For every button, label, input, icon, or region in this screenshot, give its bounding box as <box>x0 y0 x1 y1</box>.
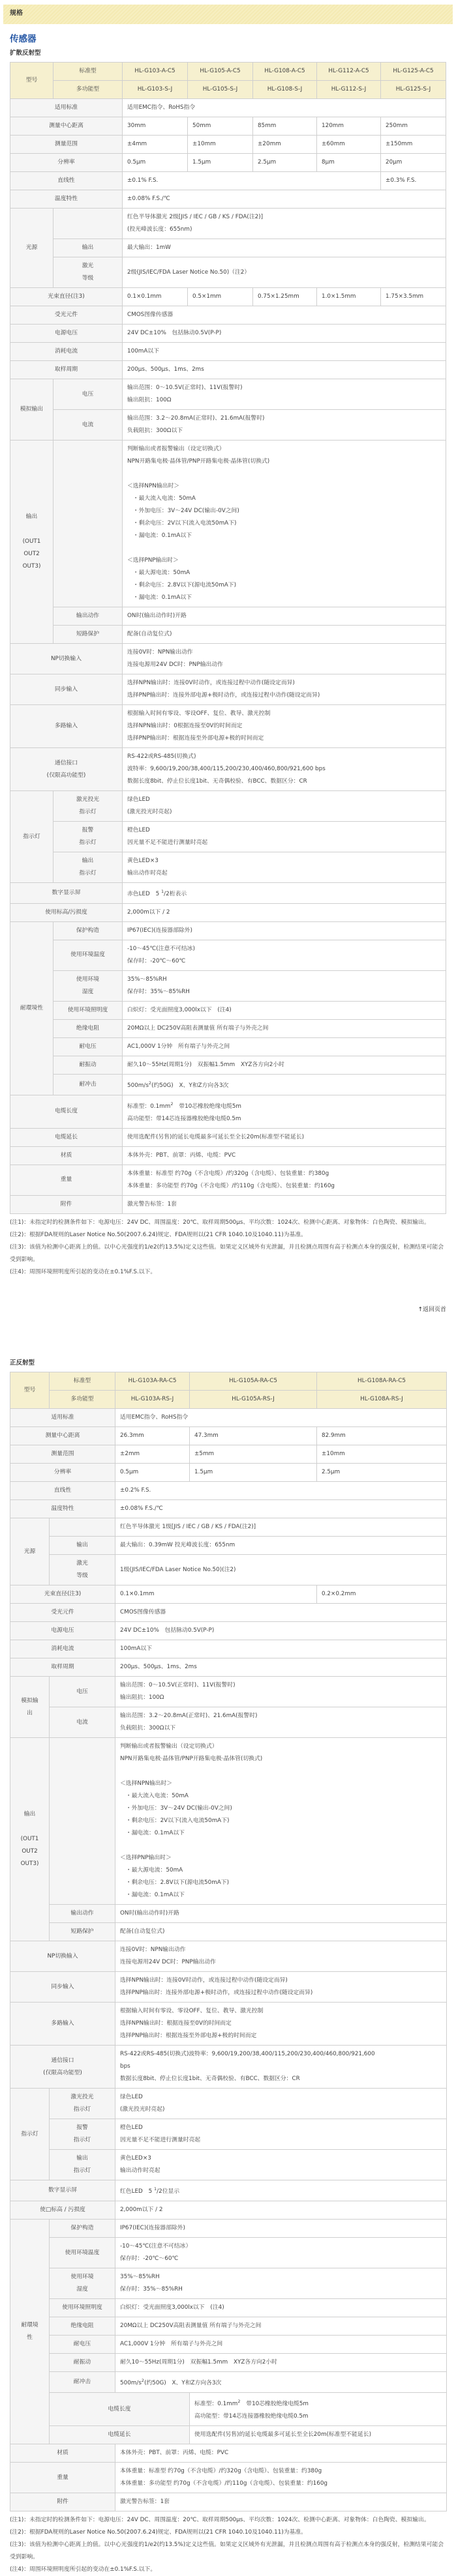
row-label: 通信接口 (仅限高功能型) <box>10 2046 115 2089</box>
row-value: 最大输出：0.39mW 投光峰波长度：655nm <box>115 1537 447 1555</box>
row-value: 赤色LED 5 1/2桁表示 <box>123 883 446 904</box>
model-cell: HL-G103-S-J <box>123 81 188 99</box>
row-label: 适用标准 <box>10 99 123 117</box>
row-value: 1.5μm <box>190 1464 317 1482</box>
row-sublabel: 短路保护 <box>50 1923 115 1941</box>
row-value: ON时(输出动作时)开路 <box>123 607 446 626</box>
table-row: 直线性 ±0.2% F.S. <box>10 1482 447 1500</box>
model-cell: HL-G125-A-C5 <box>381 63 446 81</box>
row-value: 绿色LED (激光投光时亮起) <box>115 2089 447 2119</box>
table-row: 耐冲击 500m/s2(约50G) X、Y和Z方向各3次 <box>10 1074 446 1095</box>
row-label: 光束直径(注3) <box>10 1585 115 1604</box>
row-value: 红色半导体激光 2级[JIS / IEC / GB / KS / FDA(注2)… <box>123 209 446 239</box>
row-value: 配备(自动复位式) <box>123 626 446 644</box>
table-row: 材质 本体外壳：PBT、前罩：丙烯、电缆：PVC <box>10 1146 446 1165</box>
row-value: ±0.1% F.S. <box>123 172 381 190</box>
row-label: 取样周期 <box>10 1658 115 1677</box>
row-value: 红色半导体激光 1级[JIS / IEC / GB / KS / FDA(注2)… <box>115 1518 447 1537</box>
row-sublabel: 输出 <box>53 239 123 257</box>
table-row: NP切换输入 连接0V时：NPN输出动作 连接电源用24V DC时：PNP输出动… <box>10 644 446 674</box>
row-sublabel: 电压 <box>50 1677 115 1707</box>
table-row: 报警 指示灯 橙色LED 因光量不足不能进行测量时亮起 <box>10 822 446 852</box>
model-cell: HL-G105-A-C5 <box>188 63 253 81</box>
row-value: 100mA以下 <box>123 343 446 361</box>
row-label: 附件 <box>10 2493 115 2511</box>
table-row: 材质 本体外壳：PBT、前罩：丙烯、电缆：PVC <box>10 2444 447 2463</box>
row-label: 直线性 <box>10 1482 115 1500</box>
table-row: 多功能型 HL-G103A-RS-J HL-G105A-RS-J HL-G108… <box>10 1391 447 1409</box>
table-row: 通信接口 (仅限高功能型) RS-422或RS-485(切换式) 波特率：9,6… <box>10 748 446 791</box>
row-sublabel: 短路保护 <box>53 626 123 644</box>
table-row: 电源电压 24V DC±10% 包括脉动0.5V(P-P) <box>10 1622 447 1640</box>
table-row: 电流 输出范围：3.2～20.8mA(正常时)、21.6mA(报警时) 负载阻抗… <box>10 410 446 441</box>
row-sublabel: 耐电压 <box>53 1037 123 1056</box>
row-label: 通信接口 (仅限高功能型) <box>10 748 123 791</box>
table-row: 取样周期 200μs、500μs、1ms、2ms <box>10 1658 447 1677</box>
model-cell: HL-G108-S-J <box>253 81 317 99</box>
row-label: 温度特性 <box>10 1500 115 1518</box>
row-value: 输出范围：3.2～20.8mA(正常时)、21.6mA(报警时) 负载阻抗：30… <box>115 1707 447 1738</box>
model-cell: HL-G105A-RS-J <box>190 1391 317 1409</box>
row-value: 20μm <box>381 154 446 172</box>
multi-type-label: 多功能型 <box>53 81 123 99</box>
row-label: 模拟输 出 <box>10 1677 50 1738</box>
notes-diffuse: (注1)：未指定时的检测条件如下：电源电压：24V DC、周围温度：20℃、取样… <box>10 1217 446 1279</box>
row-value: 连接0V时：NPN输出动作 连接电源用24V DC时：PNP输出动作 <box>123 644 446 674</box>
table-row: 指示灯 激光投光 指示灯 绿色LED (激光投光时亮起) <box>10 791 446 822</box>
row-label: 材质 <box>10 1146 123 1165</box>
row-value: 0.1×0.1mm <box>115 1585 317 1604</box>
row-label: 模拟输出 <box>10 379 53 441</box>
page: 规格 传感器 扩散反射型 型号 标准型 HL-G103-A-C5 HL-G105… <box>0 5 456 2576</box>
row-value: 本体外壳：PBT、前罩：丙烯、电缆：PVC <box>123 1146 446 1165</box>
table-row: 输出 最大输出：0.39mW 投光峰波长度：655nm <box>10 1537 447 1555</box>
row-sublabel: 输出 <box>50 1537 115 1555</box>
row-value: 白炽灯：受光面照度3,000lx以下 (注4) <box>123 1001 446 1019</box>
table-row: 测量中心距离 26.3mm 47.3mm 82.9mm <box>10 1427 447 1445</box>
row-sublabel <box>50 1518 115 1537</box>
row-value: 绿色LED (激光投光时亮起) <box>123 791 446 822</box>
model-cell: HL-G108-A-C5 <box>253 63 317 81</box>
row-value: 适用EMC指令、RoHS指令 <box>115 1409 447 1427</box>
table-row: 使用环境 湿度 35%～85%RH 保存时：35%～85%RH <box>10 970 446 1001</box>
notes-specular: (注1)：未指定时的检测条件如下：电源电压：24V DC、周围温度：20℃、取样… <box>10 2514 446 2576</box>
row-label: 温度特性 <box>10 190 123 209</box>
row-sublabel: 使用环境 湿度 <box>50 2268 115 2299</box>
row-value: ±20mm <box>253 136 317 154</box>
model-cell: HL-G125-S-J <box>381 81 446 99</box>
table-row: 光束直径(注3) 0.1×0.1mm 0.2×0.2mm <box>10 1585 447 1604</box>
table-row: 耐振动 耐久10～55Hz(周期1分) 双振幅1.5mm XYZ各方向2小时 <box>10 2354 447 2372</box>
table-row: 模拟输出 电压 输出范围：0～10.5V(正常时)、11V(报警时) 输出阻抗：… <box>10 379 446 410</box>
row-value: -10～45℃(注意不可结冰） 保存时：-20℃～60℃ <box>115 2238 447 2268</box>
table-row: 光束直径(注3) 0.1×0.1mm 0.5×1mm 0.75×1.25mm 1… <box>10 288 446 306</box>
row-sublabel: 使用环境温度 <box>50 2238 115 2268</box>
row-sublabel: 电流 <box>53 410 123 441</box>
row-value: 1.0×1.5mm <box>317 288 381 306</box>
row-label: 电缆长度 <box>10 1095 123 1128</box>
row-sublabel: 电流 <box>50 1707 115 1738</box>
row-value: 120mm <box>317 117 381 136</box>
row-value: 47.3mm <box>190 1427 317 1445</box>
row-value: ±10mm <box>317 1445 447 1464</box>
row-value: 选择NPN输出时：连接0V时动作，或连接过程中动作(随设定而异) 选择PNP输出… <box>123 674 446 705</box>
row-value: 使用选配件(另售)的延长电缆最多可延长至全长20m(标准型不能延长) <box>123 1128 446 1146</box>
row-value: 输出范围：0～10.5V(正常时)、11V(报警时) 输出阻抗：100Ω <box>123 379 446 410</box>
row-label: 材质 <box>10 2444 115 2463</box>
back-to-top-link[interactable]: ↑返回页首 <box>10 1306 446 1315</box>
note: (注4)：周围环境照明度所引起的变动在±0.1%F.S.以下。 <box>10 1266 446 1279</box>
multi-type-label: 多功能型 <box>50 1391 115 1409</box>
row-value: ±2mm <box>115 1445 190 1464</box>
row-value: 黄色LED×3 输出动作时亮起 <box>123 852 446 883</box>
row-sublabel: 绝缘电阻 <box>53 1019 123 1037</box>
row-value: ±0.08% F.S./℃ <box>115 1500 447 1518</box>
row-sublabel: 使用环境照明度 <box>50 2299 115 2317</box>
row-value: ±0.2% F.S. <box>115 1482 447 1500</box>
table-row: 同步输入 选择NPN输出时：连接0V时动作，或连接过程中动作(随设定而异) 选择… <box>10 1972 447 2003</box>
row-value: 20MΩ以上 DC250V高阻表测量值 所有端子与外壳之间 <box>115 2317 447 2336</box>
table-row: 型号 标准型 HL-G103A-RA-C5 HL-G105A-RA-C5 HL-… <box>10 1372 447 1391</box>
section-title-specular: 正反射型 <box>10 1359 446 1368</box>
row-value: -10～45℃(注意不可结冰) 保存时：-20℃～60℃ <box>123 940 446 970</box>
table-row: 光源 红色半导体激光 2级[JIS / IEC / GB / KS / FDA(… <box>10 209 446 239</box>
table-row: 电缆延长 使用选配件(另售)的延长电缆最多可延长至全长20m(标准型不能延长) <box>10 1128 446 1146</box>
table-row: 短路保护 配备(自动复位式) <box>10 1923 447 1941</box>
row-label: 多路输入 <box>10 2003 115 2046</box>
row-value: 白炽灯：受光面照度3,000lx以下 (注4) <box>115 2299 447 2317</box>
row-label: 分辨率 <box>10 154 123 172</box>
table-row: NP切换输入 连接0V时：NPN输出动作 连接电源用24V DC时：PNP输出动… <box>10 1941 447 1972</box>
row-value: 0.5×1mm <box>188 288 253 306</box>
row-value: 根据输入时间有零设、零设OFF、复位、教导、激光控制 选择NPN输出时：0根据连… <box>123 705 446 748</box>
table-row: 附件 激光警告标签：1套 <box>10 2493 447 2511</box>
table-row: 使□标高 / 污损度 2,000m以下 / 2 <box>10 2201 447 2220</box>
note: (注2)：根据FDA规则的Laser Notice No.50(2007.6.2… <box>10 2526 446 2539</box>
row-value: ±150mm <box>381 136 446 154</box>
row-value: 1.75×3.5mm <box>381 288 446 306</box>
row-sublabel: 绝缘电阻 <box>50 2317 115 2336</box>
row-sublabel: 电压 <box>53 379 123 410</box>
row-value: 连接0V时：NPN输出动作 连接电源用24V DC时：PNP输出动作 <box>115 1941 447 1972</box>
row-value: ±0.08% F.S./℃ <box>123 190 446 209</box>
row-value: CMOS图像传感器 <box>123 306 446 325</box>
row-value: 红色LED 5 1/2位显示 <box>115 2180 447 2201</box>
row-label: 消耗电流 <box>10 1640 115 1658</box>
table-row: 输出动作 ON时(输出动作时)开路 <box>10 607 446 626</box>
product-title: 传感器 <box>10 33 446 45</box>
row-sublabel: 耐振动 <box>53 1056 123 1074</box>
row-sublabel: 输出 指示灯 <box>53 852 123 883</box>
row-value: 8μm <box>317 154 381 172</box>
table-row: 报警 指示灯 橙色LED 因光量不足不能进行测量时亮起 <box>10 2119 447 2150</box>
row-value: 输出范围：0～10.5V(正常时)、11V(报警时) 输出阻抗：100Ω <box>115 1677 447 1707</box>
row-sublabel <box>53 441 123 607</box>
row-value: 250mm <box>381 117 446 136</box>
row-sublabel: 使用环境温度 <box>53 940 123 970</box>
row-value: 20MΩ以上 DC250V高阻表测量值 所有端子与外壳之间 <box>123 1019 446 1037</box>
table-row: 光源 红色半导体激光 1级[JIS / IEC / GB / KS / FDA(… <box>10 1518 447 1537</box>
table-row: 分辨率 0.5μm 1.5μm 2.5μm <box>10 1464 447 1482</box>
row-value: 0.1×0.1mm <box>123 288 188 306</box>
standard-type-label: 标准型 <box>53 63 123 81</box>
row-label: 电源电压 <box>10 1622 115 1640</box>
table-row: 重量 本体重量：标准型 约70g（不含电缆）/约320g（含电缆）、包装重量：约… <box>10 2463 447 2493</box>
row-value: 耐久10～55Hz(周期1分) 双振幅1.5mm XYZ各方向2小时 <box>123 1056 446 1074</box>
note: (注1)：未指定时的检测条件如下：电源电压：24V DC、周围温度：20℃、取样… <box>10 1217 446 1229</box>
row-label: NP切换输入 <box>10 644 123 674</box>
row-label: 耐環境 性 <box>10 2220 50 2444</box>
row-value: 根据输入时间有零设、零设OFF、复位、教导、激光控制 选择NPN输出时：根据连接… <box>115 2003 447 2046</box>
row-label: 附件 <box>10 1195 123 1213</box>
row-value: 30mm <box>123 117 188 136</box>
row-sublabel: 耐冲击 <box>50 2372 115 2393</box>
row-label: 直线性 <box>10 172 123 190</box>
note: (注3)：该值为检测中心距离上的值。以中心光强度的1/e2(约13.5%)定义这… <box>10 2539 446 2564</box>
table-row: 耐冲击 500m/s2(约50G) X、Y和Z方向各3次 <box>10 2372 447 2393</box>
table-row: 消耗电流 100mA以下 <box>10 1640 447 1658</box>
row-value: 2,000m以下 / 2 <box>123 903 446 921</box>
row-sublabel: 使用环境 湿度 <box>53 970 123 1001</box>
model-cell: HL-G103-A-C5 <box>123 63 188 81</box>
row-sublabel <box>53 209 123 239</box>
spec-table-diffuse: 型号 标准型 HL-G103-A-C5 HL-G105-A-C5 HL-G108… <box>10 62 446 1214</box>
row-sublabel: 使用环境照明度 <box>53 1001 123 1019</box>
row-sublabel: 报警 指示灯 <box>50 2119 115 2150</box>
row-sublabel: 激光投光 指示灯 <box>53 791 123 822</box>
row-value: 本体重量：标准型 约70g（不含电缆）/约320g（含电缆）、包装重量：约380… <box>123 1165 446 1195</box>
table-row: 分辨率 0.5μm 1.5μm 2.5μm 8μm 20μm <box>10 154 446 172</box>
row-value: ±4mm <box>123 136 188 154</box>
row-value: 激光警告标签：1套 <box>123 1195 446 1213</box>
table-row: 多功能型 HL-G103-S-J HL-G105-S-J HL-G108-S-J… <box>10 81 446 99</box>
model-cell: HL-G112-S-J <box>317 81 381 99</box>
table-row: 测量范围 ±4mm ±10mm ±20mm ±60mm ±150mm <box>10 136 446 154</box>
banner-title: 规格 <box>10 10 23 17</box>
row-value: 标准型：0.1mm2 带10芯橡胶绝缘电缆5m高功能型：带14芯连接器橡胶绝缘电… <box>190 2393 447 2426</box>
row-sublabel: 输出动作 <box>53 607 123 626</box>
table-row: 使用环境温度 -10～45℃(注意不可结冰） 保存时：-20℃～60℃ <box>10 2238 447 2268</box>
table-row: 输出 指示灯 黄色LED×3 输出动作时亮起 <box>10 852 446 883</box>
row-label: 分辨率 <box>10 1464 115 1482</box>
table-row: 测量中心距离 30mm 50mm 85mm 120mm 250mm <box>10 117 446 136</box>
row-value: 耐久10～55Hz(周期1分) 双振幅1.5mm XYZ各方向2小时 <box>115 2354 447 2372</box>
table-row: 数字显示屏 赤色LED 5 1/2桁表示 <box>10 883 446 904</box>
table-row: 多路输入 根据输入时间有零设、零设OFF、复位、教导、激光控制 选择NPN输出时… <box>10 2003 447 2046</box>
row-sublabel: 输出 指示灯 <box>50 2150 115 2180</box>
row-label: 数字显示屏 <box>10 883 123 904</box>
row-label: 电缆延长 <box>50 2426 190 2444</box>
row-value: 本体重量：标准型 约70g（不含电缆）/约320g（含电缆）、包装重量：约380… <box>115 2463 447 2493</box>
table-row: 测量范围 ±2mm ±5mm ±10mm <box>10 1445 447 1464</box>
row-value: 0.5μm <box>115 1464 190 1482</box>
standard-type-label: 标准型 <box>50 1372 115 1391</box>
table-row: 输出 最大输出：1mW <box>10 239 446 257</box>
row-sublabel <box>50 1738 115 1905</box>
row-value: ±5mm <box>190 1445 317 1464</box>
table-row: 耐电压 AC1,000V 1分钟 所有端子与外壳之间 <box>10 2336 447 2354</box>
row-label: 使用标高/污损度 <box>10 903 123 921</box>
table-row: 附件 激光警告标签：1套 <box>10 1195 446 1213</box>
row-value: 2.5μm <box>253 154 317 172</box>
model-label: 型号 <box>10 63 53 99</box>
table-row: 温度特性 ±0.08% F.S./℃ <box>10 1500 447 1518</box>
row-label: 多路输入 <box>10 705 123 748</box>
row-value: RS-422或RS-485(切换式)波特率：9,600/19,200/38,40… <box>115 2046 447 2089</box>
row-value: 24V DC±10% 包括脉动0.5V(P-P) <box>115 1622 447 1640</box>
table-row: 通信接口 (仅限高功能型) RS-422或RS-485(切换式)波特率：9,60… <box>10 2046 447 2089</box>
row-value: 2,000m以下 / 2 <box>115 2201 447 2220</box>
row-label: 指示灯 <box>10 2089 50 2180</box>
row-label: 电缆延长 <box>10 1128 123 1146</box>
row-label: 指示灯 <box>10 791 53 883</box>
table-row: 电缆延长 使用选配件(另售)的延长电缆最多可延长至全长20m(标准型不能延长) <box>10 2426 447 2444</box>
note: (注3)：该值为检测中心距离上的值。以中心光强度的1/e2(约13.5%)定义这… <box>10 1241 446 1266</box>
table-row: 使用标高/污损度 2,000m以下 / 2 <box>10 903 446 921</box>
table-row: 取样周期 200μs、500μs、1ms、2ms <box>10 361 446 379</box>
row-value: 2级(JIS/IEC/FDA Laser Notice No.50)（注2） <box>123 257 446 288</box>
table-row: 使用环境温度 -10～45℃(注意不可结冰) 保存时：-20℃～60℃ <box>10 940 446 970</box>
row-value: 500m/s2(约50G) X、Y和Z方向各3次 <box>115 2372 447 2393</box>
row-value: 使用选配件(另售)的延长电缆最多可延长至全长20m(标准型不能延长) <box>190 2426 447 2444</box>
row-value: 0.5μm <box>123 154 188 172</box>
row-label: 受光元件 <box>10 1604 115 1622</box>
row-value: 85mm <box>253 117 317 136</box>
row-value: 判断输出或者报警输出（设定切换式） NPN开路集电极·晶体管/PNP开路集电极·… <box>123 441 446 607</box>
row-label: 重量 <box>10 2463 115 2493</box>
row-label: 测量中心距离 <box>10 1427 115 1445</box>
model-cell: HL-G108A-RS-J <box>317 1391 447 1409</box>
row-value: 1.5μm <box>188 154 253 172</box>
row-value: 82.9mm <box>317 1427 447 1445</box>
row-value: 选择NPN输出时：连接0V时动作，或连接过程中动作(随设定而异) 选择PNP输出… <box>115 1972 447 2003</box>
row-value: ON时(输出动作时)开路 <box>115 1905 447 1923</box>
model-label: 型号 <box>10 1372 50 1409</box>
row-label: 光束直径(注3) <box>10 288 123 306</box>
row-value: 500m/s2(约50G) X、Y和Z方向各3次 <box>123 1074 446 1095</box>
row-sublabel: 激光投光 指示灯 <box>50 2089 115 2119</box>
row-value: 橙色LED 因光量不足不能进行测量时亮起 <box>123 822 446 852</box>
row-sublabel: 激光 等级 <box>53 257 123 288</box>
table-row: 直线性 ±0.1% F.S. ±0.3% F.S. <box>10 172 446 190</box>
table-row: 多路输入 根据输入时间有零设、零设OFF、复位、教导、激光控制 选择NPN输出时… <box>10 705 446 748</box>
row-label: 输出 (OUT1 OUT2 OUT3) <box>10 1738 50 1941</box>
row-label: 耐環境性 <box>10 921 53 1095</box>
row-value: AC1,000V 1分钟 所有端子与外壳之间 <box>115 2336 447 2354</box>
row-label: 测量范围 <box>10 136 123 154</box>
row-value: 输出范围：3.2～20.8mA(正常时)、21.6mA(报警时) 负载阻抗：30… <box>123 410 446 441</box>
row-label: 数字显示屏 <box>10 2180 115 2201</box>
table-row: 重量 本体重量：标准型 约70g（不含电缆）/约320g（含电缆）、包装重量：约… <box>10 1165 446 1195</box>
row-label: 适用标准 <box>10 1409 115 1427</box>
row-value: 标准型：0.1mm2 带10芯橡胶绝缘电缆5m高功能型：带14芯连接器橡胶绝缘电… <box>123 1095 446 1128</box>
table-row: 耐環境性 保护构造 IP67(IEC)(连接器部除外) <box>10 921 446 940</box>
note: (注1)：未指定时的检测条件如下：电源电压：24V DC、周围温度：20℃、取样… <box>10 2514 446 2526</box>
table-row: 使用环境照明度 白炽灯：受光面照度3,000lx以下 (注4) <box>10 2299 447 2317</box>
row-sublabel: 保护构造 <box>53 921 123 940</box>
table-row: 输出 指示灯 黄色LED×3 输出动作时亮起 <box>10 2150 447 2180</box>
table-row: 激光 等级 1级(JIS/IEC/FDA Laser Notice No.50)… <box>10 1555 447 1585</box>
row-value: 26.3mm <box>115 1427 190 1445</box>
row-label: 同步输入 <box>10 674 123 705</box>
table-row: 电缆长度 标准型：0.1mm2 带10芯橡胶绝缘电缆5m高功能型：带14芯连接器… <box>10 2393 447 2426</box>
row-value: AC1,000V 1分钟 所有端子与外壳之间 <box>123 1037 446 1056</box>
row-value: 激光警告标签：1套 <box>115 2493 447 2511</box>
row-value: 黄色LED×3 输出动作时亮起 <box>115 2150 447 2180</box>
row-value: 最大输出：1mW <box>123 239 446 257</box>
row-value: 200μs、500μs、1ms、2ms <box>115 1658 447 1677</box>
row-value: 适用EMC指令、RoHS指令 <box>123 99 446 117</box>
row-value: IP67(IEC)(连接器部除外) <box>115 2220 447 2238</box>
row-sublabel: 耐冲击 <box>53 1074 123 1095</box>
table-row: 适用标准 适用EMC指令、RoHS指令 <box>10 99 446 117</box>
row-label: 取样周期 <box>10 361 123 379</box>
row-value: 100mA以下 <box>115 1640 447 1658</box>
row-value: 本体外壳：PBT、前罩：丙烯、电缆：PVC <box>115 2444 447 2463</box>
table-row: 电流 输出范围：3.2～20.8mA(正常时)、21.6mA(报警时) 负载阻抗… <box>10 1707 447 1738</box>
row-value: 1级(JIS/IEC/FDA Laser Notice No.50)(注2) <box>115 1555 447 1585</box>
row-value: 24V DC±10% 包括脉动0.5V(P-P) <box>123 325 446 343</box>
row-label: 电缆长度 <box>50 2393 190 2426</box>
row-label: NP切换输入 <box>10 1941 115 1972</box>
table-row: 使用环境照明度 白炽灯：受光面照度3,000lx以下 (注4) <box>10 1001 446 1019</box>
model-cell: HL-G105-S-J <box>188 81 253 99</box>
row-value: ±10mm <box>188 136 253 154</box>
table-row: 受光元件 CMOS图像传感器 <box>10 306 446 325</box>
note: (注2)：根据FDA规则的Laser Notice No.50(2007.6.2… <box>10 1229 446 1241</box>
row-value: IP67(IEC)(连接器部除外) <box>123 921 446 940</box>
row-value: 2.5μm <box>317 1464 447 1482</box>
note: (注4)：周围环境照明度所引起的变动在±0.1%F.S.以下。 <box>10 2564 446 2576</box>
model-cell: HL-G108A-RA-C5 <box>317 1372 447 1391</box>
model-cell: HL-G103A-RS-J <box>115 1391 190 1409</box>
table-row: 消耗电流 100mA以下 <box>10 343 446 361</box>
table-row: 耐環境 性 保护构造 IP67(IEC)(连接器部除外) <box>10 2220 447 2238</box>
spec-banner: 规格 <box>3 5 453 24</box>
table-row: 输出动作 ON时(输出动作时)开路 <box>10 1905 447 1923</box>
model-cell: HL-G105A-RA-C5 <box>190 1372 317 1391</box>
row-label: 测量范围 <box>10 1445 115 1464</box>
table-row: 绝缘电阻 20MΩ以上 DC250V高阻表测量值 所有端子与外壳之间 <box>10 1019 446 1037</box>
row-sublabel: 耐电压 <box>50 2336 115 2354</box>
row-value: 35%～85%RH 保存时：35%～85%RH <box>123 970 446 1001</box>
table-row: 耐振动 耐久10～55Hz(周期1分) 双振幅1.5mm XYZ各方向2小时 <box>10 1056 446 1074</box>
row-value: CMOS图像传感器 <box>115 1604 447 1622</box>
row-value: 判断输出或者报警输出（设定切换式） NPN开路集电极·晶体管/PNP开路集电极·… <box>115 1738 447 1905</box>
table-row: 适用标准 适用EMC指令、RoHS指令 <box>10 1409 447 1427</box>
row-label: 消耗电流 <box>10 343 123 361</box>
row-sublabel: 激光 等级 <box>50 1555 115 1585</box>
table-row: 输出 (OUT1 OUT2 OUT3) 判断输出或者报警输出（设定切换式） NP… <box>10 441 446 607</box>
row-label: 光源 <box>10 209 53 288</box>
table-row: 温度特性 ±0.08% F.S./℃ <box>10 190 446 209</box>
table-row: 绝缘电阻 20MΩ以上 DC250V高阻表测量值 所有端子与外壳之间 <box>10 2317 447 2336</box>
table-row: 耐电压 AC1,000V 1分钟 所有端子与外壳之间 <box>10 1037 446 1056</box>
row-value: ±60mm <box>317 136 381 154</box>
row-label: 重量 <box>10 1165 123 1195</box>
row-label: 输出 (OUT1 OUT2 OUT3) <box>10 441 53 644</box>
row-label: 光源 <box>10 1518 50 1585</box>
table-row: 电缆长度 标准型：0.1mm2 带10芯橡胶绝缘电缆5m高功能型：带14芯连接器… <box>10 1095 446 1128</box>
table-row: 受光元件 CMOS图像传感器 <box>10 1604 447 1622</box>
row-value: 0.75×1.25mm <box>253 288 317 306</box>
row-sublabel: 保护构造 <box>50 2220 115 2238</box>
table-row: 模拟输 出 电压 输出范围：0～10.5V(正常时)、11V(报警时) 输出阻抗… <box>10 1677 447 1707</box>
spec-table-specular: 型号 标准型 HL-G103A-RA-C5 HL-G105A-RA-C5 HL-… <box>10 1372 447 2511</box>
row-value: 35%～85%RH 保存时：35%～85%RH <box>115 2268 447 2299</box>
row-value: 200μs、500μs、1ms、2ms <box>123 361 446 379</box>
row-label: 受光元件 <box>10 306 123 325</box>
